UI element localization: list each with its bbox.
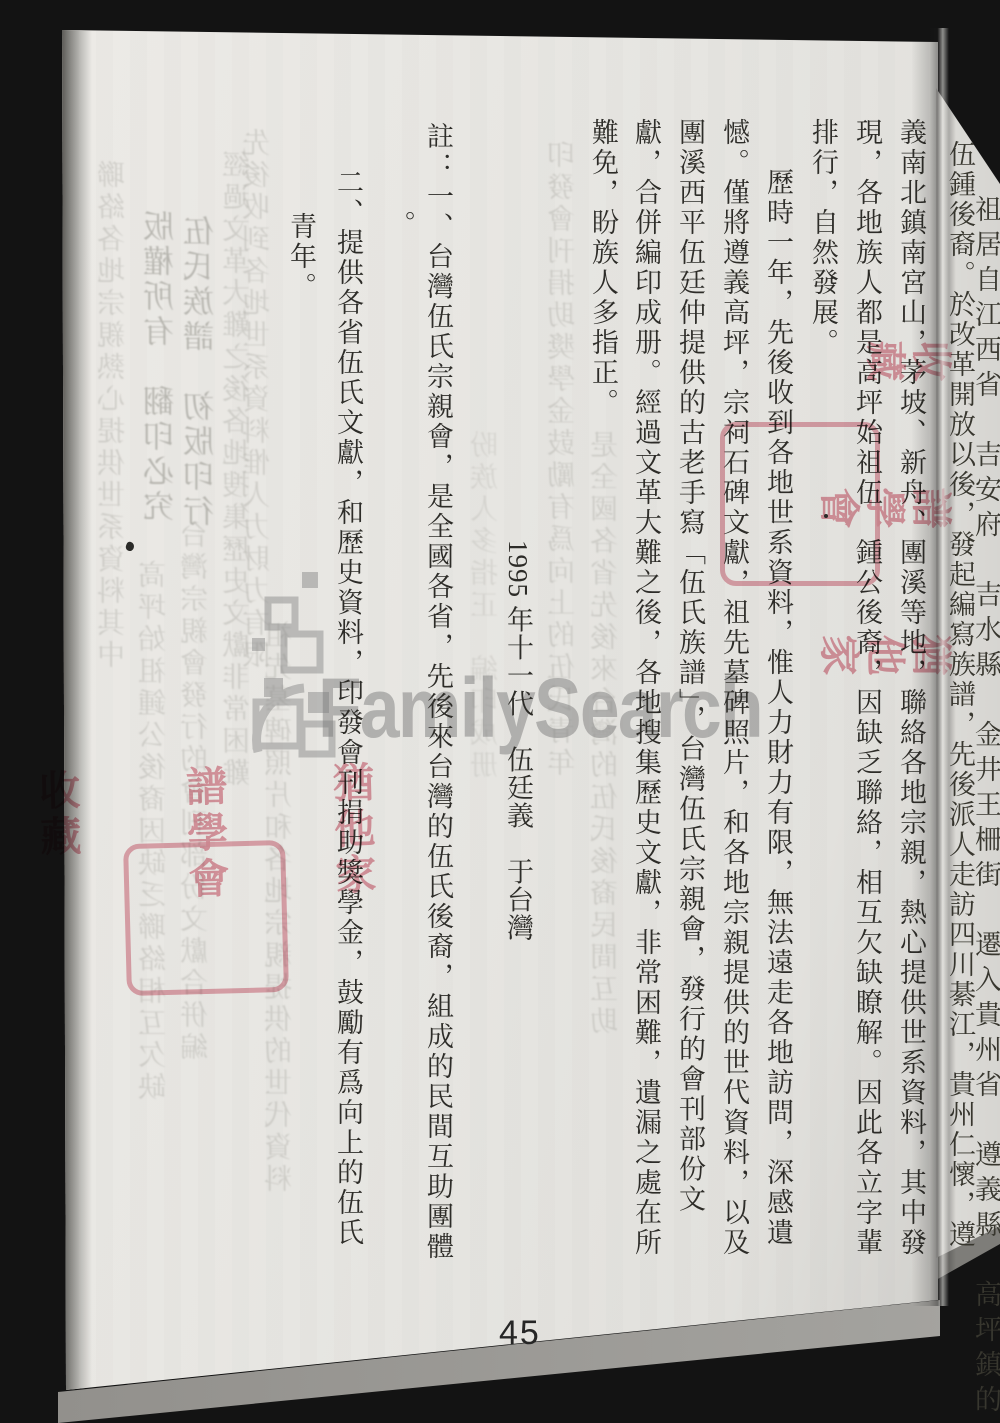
seal-text: 譜學會 <box>178 764 235 1071</box>
scanned-book-page-image: 版權所有 翻印必究 伍氏族譜 初版印行 先後收到各地世系資料惟人力財力有限 聯絡… <box>0 0 1000 1423</box>
seal-text: 收藏 <box>31 768 88 1075</box>
dust-speck <box>824 514 828 518</box>
text-column-9: 難免，盼族人多指正。 <box>585 118 621 418</box>
ink-bleedthrough-column: 版權所有 翻印必究 <box>143 210 181 525</box>
seal-text: 收藏 <box>647 333 953 382</box>
ink-bleedthrough-column: 是全國各省先後來台灣的伍氏後裔民間互助 <box>588 430 626 1038</box>
library-stamp-seal: 猶他家 譜學會 收藏 <box>123 840 289 996</box>
note-column-1-continuation: 。 <box>382 210 418 240</box>
seal-text: 譜學會 <box>647 480 953 529</box>
dust-speck <box>428 674 431 677</box>
page-number: 45 <box>499 1314 541 1353</box>
left-page-edge <box>62 28 92 1390</box>
ink-bleedthrough-column: 伍氏族譜 初版印行 <box>183 215 221 530</box>
seal-text: 猶他家 <box>324 761 381 1068</box>
library-stamp-seal: 猶他家 譜學會 收藏 <box>720 422 880 586</box>
ink-bleedthrough-column: 聯絡各地宗親熱心提供世系資料其中 <box>95 160 133 672</box>
ink-bleedthrough-column: 印發會刊捐助獎學金鼓勵有爲向上的伍氏青年 <box>545 140 583 780</box>
ink-bleedthrough-column: 經過文革大難之後各地搜集歷史文獻非常困難 <box>220 150 258 790</box>
seal-text: 猶他家 <box>647 627 953 676</box>
note-column-1: 註：一、台灣伍氏宗親會，是全國各省，先後來台灣的伍氏後裔，組成的民間互助團體 <box>420 122 456 1262</box>
note-column-2: 二、提供各省伍氏文獻，和歷史資料，印發會刊捐助獎學金，鼓勵有爲向上的伍氏 <box>330 168 366 1248</box>
note-column-2-continuation: 青年。 <box>283 212 319 302</box>
date-signature-column: 1995 年十一代 伍廷義 于台灣 <box>500 540 536 942</box>
